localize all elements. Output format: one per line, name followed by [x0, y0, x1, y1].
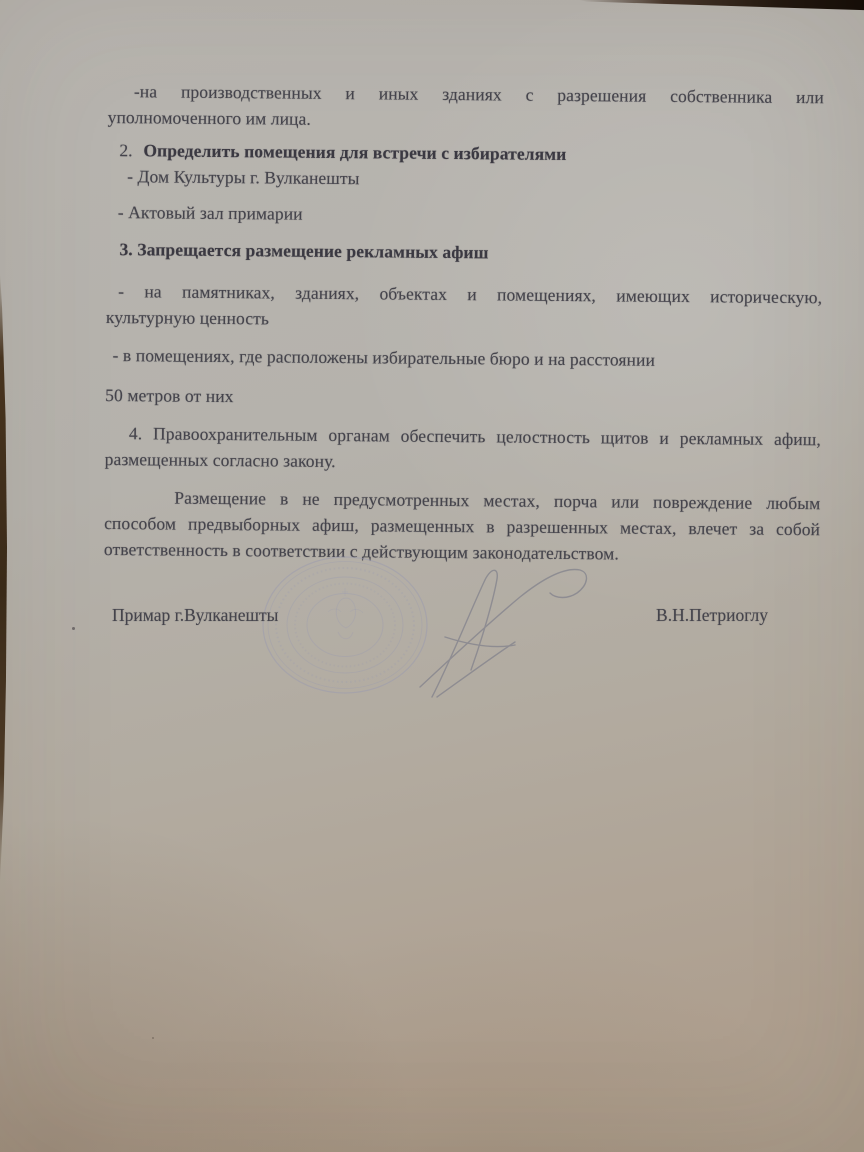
item3-heading: 3. Запрещается размещение рекламных афиш — [106, 236, 822, 268]
signature-row: Примар г.Вулканешты В.Н.Петриоглу — [112, 602, 768, 628]
paper-speck — [72, 627, 75, 630]
item2-bullet2: - Актовый зал примарии — [107, 199, 823, 231]
para4-line1: - в помещениях, где расположены избирате… — [105, 342, 821, 374]
signer-position: Примар г.Вулканешты — [112, 602, 278, 628]
item2-number: 2. — [119, 137, 143, 163]
para5-line1: 50 метров от них — [105, 382, 821, 414]
document-text-block: -на производственных и иных зданиях с ра… — [104, 78, 824, 568]
paper-speck — [152, 1037, 154, 1039]
item2-bullet1: - Дом Культуры г. Вулканешты — [107, 163, 823, 195]
table-surface-top-edge — [578, 0, 864, 13]
document-photo: -на производственных и иных зданиях с ра… — [0, 0, 864, 1152]
table-surface-left-edge — [0, 272, 7, 884]
signature-scribble — [415, 552, 615, 722]
item2-title: Определить помещения для встречи с избир… — [143, 140, 566, 164]
signer-name: В.Н.Петриоглу — [656, 602, 768, 628]
